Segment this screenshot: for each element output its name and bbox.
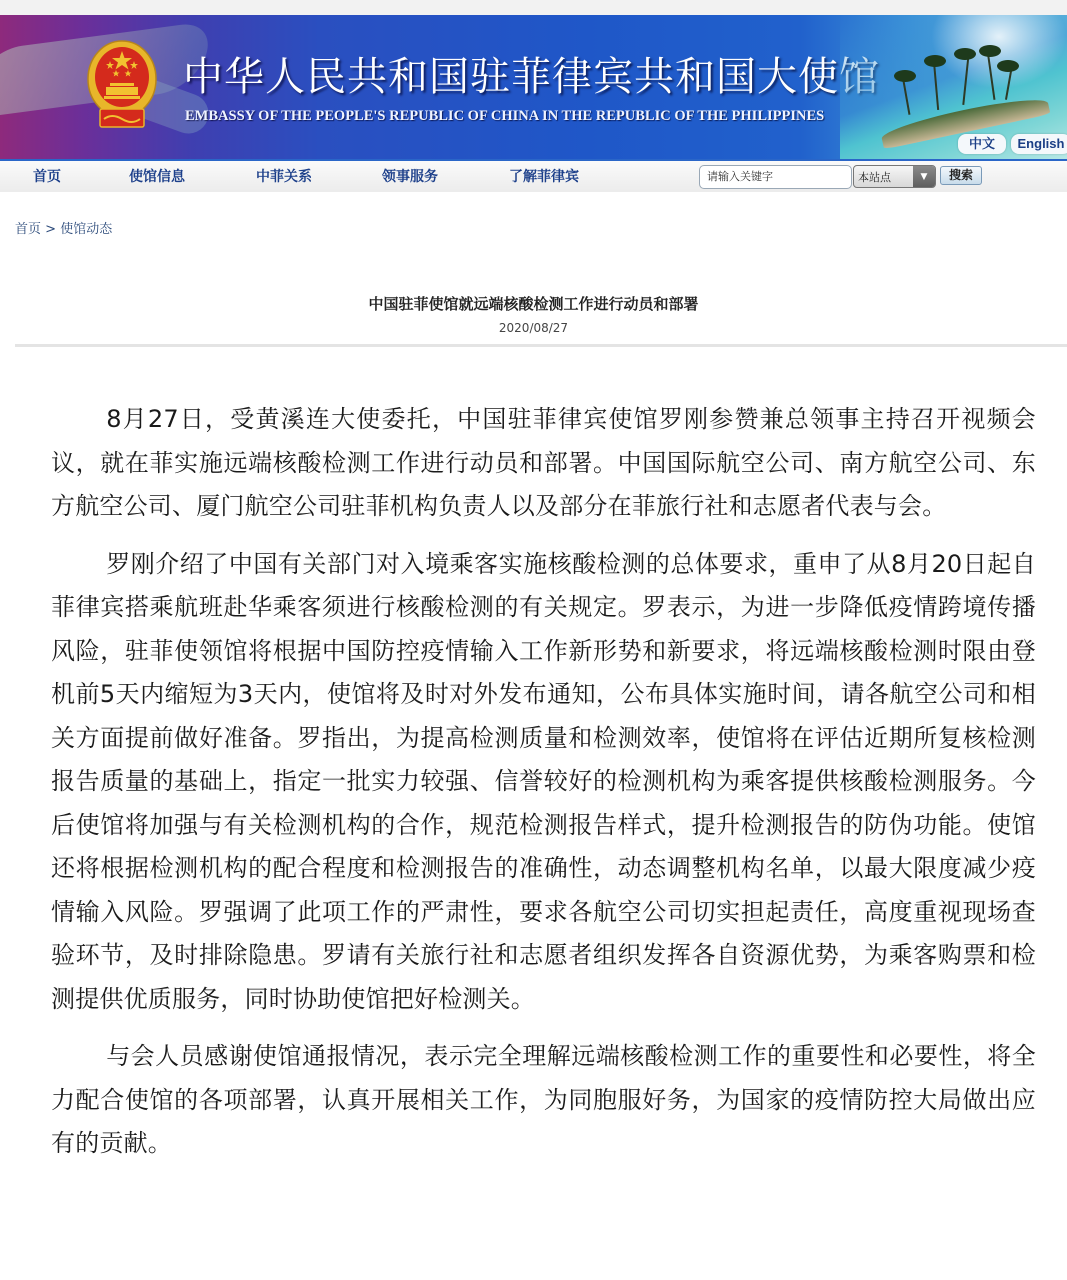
site-title-chinese: 中华人民共和国驻菲律宾共和国大使馆 — [183, 45, 880, 102]
palm-leaves-decoration — [924, 55, 946, 67]
main-nav: 首页 使馆信息 中菲关系 领事服务 了解菲律宾 请输入关键字 本站点 ▼ 搜索 — [0, 159, 1067, 192]
national-emblem-icon — [86, 39, 158, 135]
breadcrumb: 首页 > 使馆动态 — [15, 218, 112, 237]
search-button[interactable]: 搜索 — [940, 166, 982, 185]
site-banner: 中华人民共和国驻菲律宾共和国大使馆 EMBASSY OF THE PEOPLE'… — [0, 15, 1067, 159]
article-paragraph: 罗刚介绍了中国有关部门对入境乘客实施核酸检测的总体要求，重申了从8月20日起自菲… — [51, 543, 1036, 1022]
article-paragraph: 8月27日，受黄溪连大使委托，中国驻菲律宾使馆罗刚参赞兼总领事主持召开视频会议，… — [51, 398, 1036, 529]
breadcrumb-separator: > — [45, 222, 56, 237]
language-chinese-button[interactable]: 中文 — [958, 134, 1006, 154]
language-english-button[interactable]: English — [1011, 134, 1067, 154]
nav-item-china-philippines-relations[interactable]: 中菲关系 — [256, 166, 312, 186]
palm-leaves-decoration — [979, 45, 1001, 57]
article-date: 2020/08/27 — [0, 321, 1067, 335]
nav-item-home[interactable]: 首页 — [33, 166, 61, 186]
breadcrumb-home[interactable]: 首页 — [15, 222, 41, 237]
article-body: 8月27日，受黄溪连大使委托，中国驻菲律宾使馆罗刚参赞兼总领事主持召开视频会议，… — [51, 398, 1036, 1180]
title-divider — [15, 344, 1067, 347]
search-scope-select[interactable]: 本站点 ▼ — [853, 165, 936, 188]
palm-leaves-decoration — [894, 70, 916, 82]
search-input[interactable]: 请输入关键字 — [699, 165, 852, 189]
palm-leaves-decoration — [954, 48, 976, 60]
article-title: 中国驻菲使馆就远端核酸检测工作进行动员和部署 — [0, 293, 1067, 314]
article-paragraph: 与会人员感谢使馆通报情况，表示完全理解远端核酸检测工作的重要性和必要性，将全力配… — [51, 1035, 1036, 1166]
nav-item-about-philippines[interactable]: 了解菲律宾 — [509, 166, 579, 186]
site-title-english: EMBASSY OF THE PEOPLE'S REPUBLIC OF CHIN… — [185, 108, 824, 125]
palm-leaves-decoration — [997, 60, 1019, 72]
breadcrumb-embassy-news[interactable]: 使馆动态 — [60, 222, 112, 237]
top-strip — [0, 0, 1067, 15]
nav-item-embassy-info[interactable]: 使馆信息 — [129, 166, 185, 186]
search-scope-value: 本站点 — [858, 169, 891, 185]
nav-item-consular-services[interactable]: 领事服务 — [382, 166, 438, 186]
chevron-down-icon[interactable]: ▼ — [913, 166, 935, 188]
